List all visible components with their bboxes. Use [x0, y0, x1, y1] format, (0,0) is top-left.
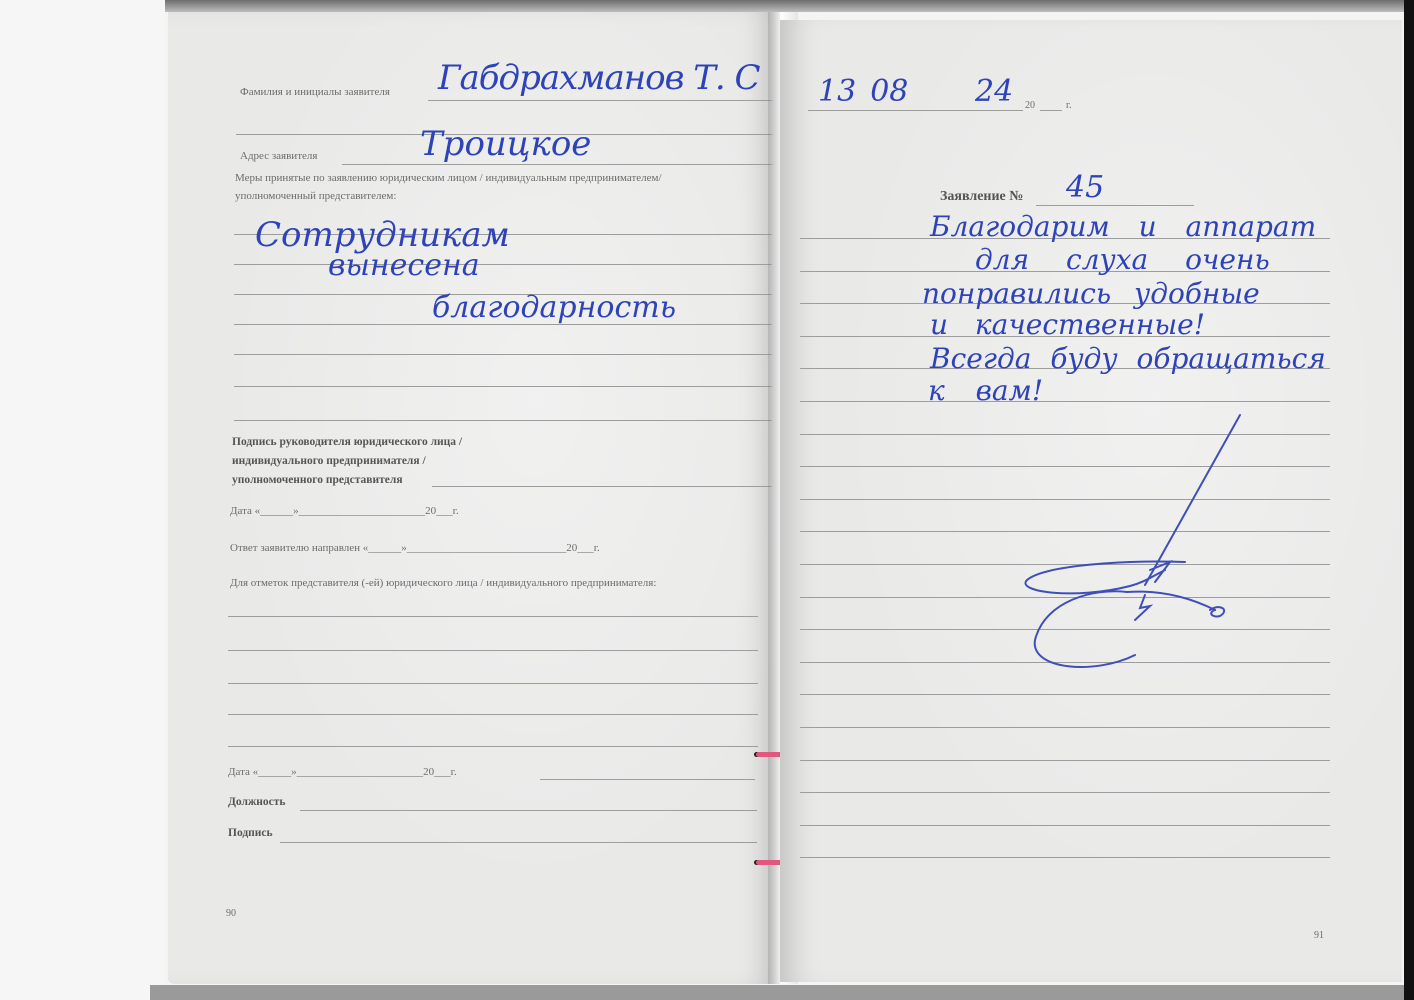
date-day: 13 [818, 74, 856, 109]
measures-value-2: вынесена [328, 248, 480, 283]
date2-extra-line [540, 779, 755, 780]
response-sent-label: Ответ заявителю направлен «______»______… [230, 542, 600, 554]
signature-head-label-3: уполномоченного представителя [232, 474, 403, 486]
statement-line-6: к вам! [928, 374, 1043, 407]
scan-edge-top [165, 0, 1414, 12]
ruled-line [800, 792, 1330, 793]
position-line [300, 810, 757, 811]
page-number-right: 91 [1314, 930, 1324, 941]
statement-line-3: понравились удобные [922, 277, 1260, 310]
ruled-line [800, 401, 1330, 402]
applicant-name-label: Фамилия и инициалы заявителя [240, 86, 390, 98]
scan-edge-right [1404, 0, 1414, 1000]
notes-label: Для отметок представителя (-ей) юридичес… [230, 577, 656, 589]
date-suffix: 20 [1025, 100, 1035, 111]
signature-head-line [432, 486, 772, 487]
ruled-line [234, 420, 772, 421]
date-line [808, 110, 1023, 111]
applicant-address-line [342, 164, 773, 165]
ruled-line [800, 825, 1330, 826]
measures-label-1: Меры принятые по заявлению юридическим л… [235, 172, 662, 184]
date-day-month: 1308 [818, 74, 908, 109]
scan-background-left [0, 0, 165, 1000]
statement-number: 45 [1066, 170, 1104, 205]
handwritten-signature [1015, 410, 1245, 680]
ruled-line [234, 354, 772, 355]
signature-line [280, 842, 757, 843]
ruled-line [228, 683, 758, 684]
measures-label-2: уполномоченный представителем: [235, 190, 396, 202]
date-suffix-line [1040, 110, 1062, 111]
ruled-line [800, 727, 1330, 728]
ruled-line [234, 264, 772, 265]
applicant-address-value: Троицкое [420, 124, 591, 164]
applicant-address-label: Адрес заявителя [240, 150, 317, 162]
ruled-line [228, 746, 758, 747]
date-suffix-g: г. [1066, 100, 1071, 111]
signature-head-label-1: Подпись руководителя юридического лица / [232, 436, 462, 448]
date2-label: Дата «______»_______________________20__… [228, 766, 457, 778]
statement-line-2: для слуха очень [975, 243, 1270, 276]
signature-label: Подпись [228, 827, 273, 839]
ruled-line [800, 857, 1330, 858]
scan-edge-bottom [150, 985, 1414, 1000]
ruled-line [234, 386, 772, 387]
applicant-name-value: Габдрахманов Т. С [438, 58, 760, 98]
page-number-left: 90 [226, 908, 236, 919]
measures-value-3: благодарность [432, 290, 676, 325]
statement-line-5: Всегда буду обращаться [930, 342, 1326, 375]
statement-line-4: и качественные! [930, 308, 1205, 341]
signature-head-label-2: индивидуального предпринимателя / [232, 455, 426, 467]
statement-line-1: Благодарим и аппарат [930, 210, 1316, 243]
date-year: 24 [975, 74, 1013, 109]
ruled-line [228, 714, 758, 715]
statement-number-line [1036, 205, 1194, 206]
ruled-line [800, 760, 1330, 761]
applicant-name-line [428, 100, 773, 101]
ruled-line [228, 616, 758, 617]
statement-label: Заявление № [940, 189, 1023, 205]
date-month: 08 [870, 74, 908, 109]
date-label: Дата «______»_______________________20__… [230, 505, 459, 517]
position-label: Должность [228, 796, 286, 808]
ruled-line [228, 650, 758, 651]
ruled-line [800, 694, 1330, 695]
